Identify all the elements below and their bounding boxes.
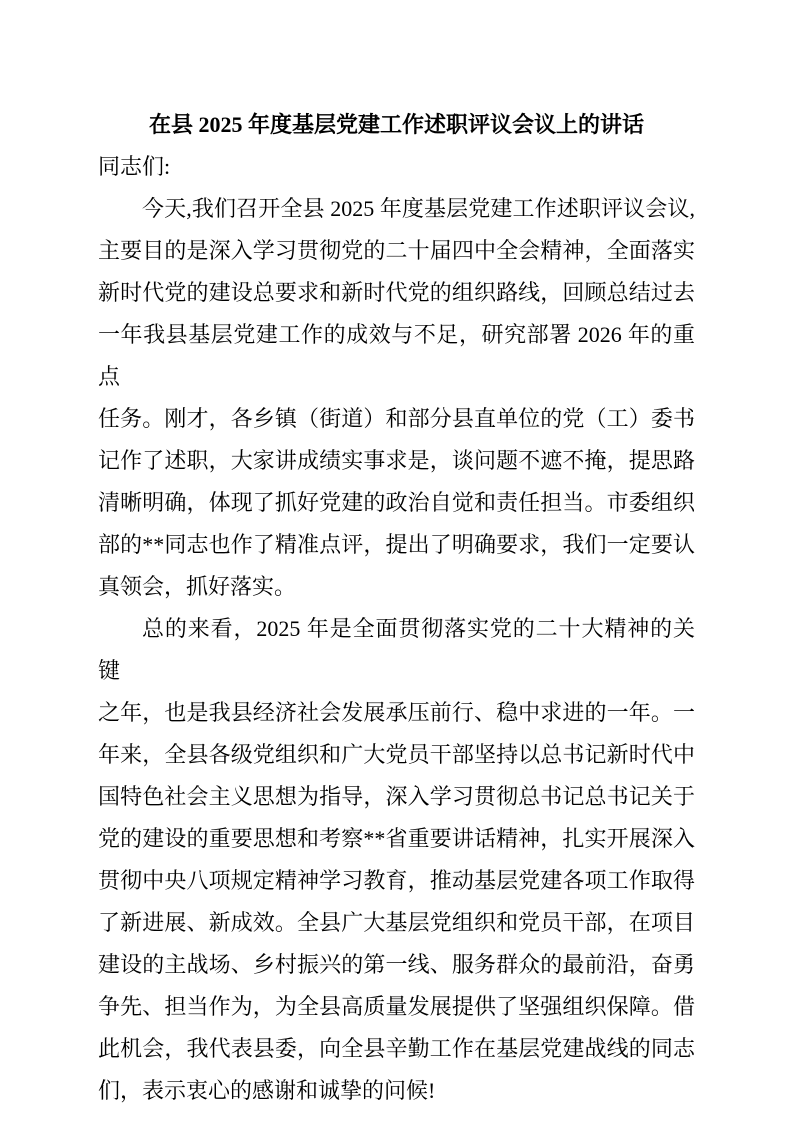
text-line: 新时代党的建设总要求和新时代党的组织路线，回顾总结过去 (98, 272, 695, 314)
text-line: 记作了述职，大家讲成绩实事求是，谈问题不遮不掩，提思路 (98, 440, 695, 482)
text-line: 争先、担当作为，为全县高质量发展提供了坚强组织保障。借 (98, 986, 695, 1028)
text-line: 今天,我们召开全县 2025 年度基层党建工作述职评议会议, (98, 188, 695, 230)
text-line: 贯彻中央八项规定精神学习教育，推动基层党建各项工作取得 (98, 860, 695, 902)
paragraph-1: 今天,我们召开全县 2025 年度基层党建工作述职评议会议, 主要目的是深入学习… (98, 188, 695, 608)
document-page: 在县 2025 年度基层党建工作述职评议会议上的讲话 同志们: 今天,我们召开全… (0, 0, 793, 1122)
document-title: 在县 2025 年度基层党建工作述职评议会议上的讲话 (98, 104, 695, 146)
text-line: 建设的主战场、乡村振兴的第一线、服务群众的最前沿，奋勇 (98, 944, 695, 986)
text-line: 清晰明确，体现了抓好党建的政治自觉和责任担当。市委组织 (98, 482, 695, 524)
text-line: 一年我县基层党建工作的成效与不足，研究部署 2026 年的重点 (98, 314, 695, 398)
text-line: 国特色社会主义思想为指导，深入学习贯彻总书记总书记关于 (98, 776, 695, 818)
text-line: 总的来看，2025 年是全面贯彻落实党的二十大精神的关键 (98, 608, 695, 692)
text-line: 主要目的是深入学习贯彻党的二十届四中全会精神，全面落实 (98, 230, 695, 272)
text-line: 党的建设的重要思想和考察**省重要讲话精神，扎实开展深入 (98, 818, 695, 860)
text-line: 部的**同志也作了精准点评，提出了明确要求，我们一定要认 (98, 524, 695, 566)
salutation: 同志们: (98, 146, 695, 188)
text-line: 年来，全县各级党组织和广大党员干部坚持以总书记新时代中 (98, 734, 695, 776)
text-line: 真领会，抓好落实。 (98, 566, 695, 608)
text-line: 此机会，我代表县委，向全县辛勤工作在基层党建战线的同志 (98, 1028, 695, 1070)
text-line: 了新进展、新成效。全县广大基层党组织和党员干部，在项目 (98, 902, 695, 944)
paragraph-2: 总的来看，2025 年是全面贯彻落实党的二十大精神的关键 之年，也是我县经济社会… (98, 608, 695, 1112)
text-line: 任务。刚才，各乡镇（街道）和部分县直单位的党（工）委书 (98, 398, 695, 440)
text-line: 之年，也是我县经济社会发展承压前行、稳中求进的一年。一 (98, 692, 695, 734)
text-line: 们，表示衷心的感谢和诚挚的问候! (98, 1070, 695, 1112)
